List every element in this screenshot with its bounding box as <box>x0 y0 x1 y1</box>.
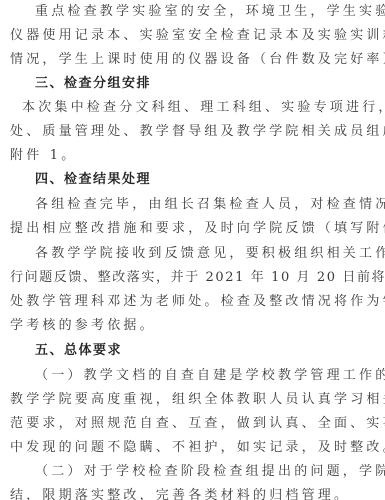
paragraph-line: 仪器使用记录本、实验室安全检查记录本及实验实训耗材购买和领用 <box>10 28 379 44</box>
section-heading-4: 四、检查结果处理 <box>35 172 379 188</box>
paragraph-line: 提出相应整改措施和要求，及时向学院反馈（填写附件 3）。 <box>10 221 379 237</box>
paragraph-line: 中发现的问题不隐瞒、不袒护，如实记录，及时整改。 <box>10 440 379 456</box>
paragraph-line: （一）教学文档的自查自建是学校教学管理工作的重要部分，各 <box>35 368 379 384</box>
paragraph-line: 处、质量管理处、教学督导组及教学学院相关成员组成，具体安排见 <box>10 124 379 140</box>
section-heading-3: 三、检查分组安排 <box>35 76 379 92</box>
paragraph-line: 各教学学院接收到反馈意见，要积极组织相关工作人员和教师进 <box>35 246 379 262</box>
paragraph-line: 附件 1。 <box>10 148 379 164</box>
paragraph-line: 各组检查完毕，由组长召集检查人员，对检查情况进行意见汇总， <box>35 197 379 213</box>
paragraph-line: 范要求，对照规范自查、互查，做到认真、全面、实事求是，对自查 <box>10 416 379 432</box>
section-heading-5: 五、总体要求 <box>35 343 379 359</box>
paragraph-line: 重点检查教学实验室的安全，环境卫生，学生实验记录本、常规 <box>35 4 379 20</box>
paragraph-line: 行问题反馈、整改落实，并于 2021 年 10 月 20 日前将整改报告交教务 <box>10 270 379 286</box>
document-page: 重点检查教学实验室的安全，环境卫生，学生实验记录本、常规 仪器使用记录本、实验室… <box>0 0 385 500</box>
paragraph-line: 学考核的参考依据。 <box>10 318 379 334</box>
paragraph-line: 处教学管理科邓述为老师处。检查及整改情况将作为学院年终各项教 <box>10 294 379 310</box>
paragraph-line: 结，限期落实整改，完善各类材料的归档管理。 <box>10 488 379 500</box>
paragraph-line: 情况，学生上课时使用的仪器设备（台件数及完好率）及耗材。 <box>10 52 379 68</box>
paragraph-line: 本次集中检查分文科组、理工科组、实验专项进行，检查组由教务 <box>22 100 379 116</box>
paragraph-line: （二）对于学校检查阶段检查组提出的问题，学院要认真梳理总 <box>35 464 379 480</box>
paragraph-line: 教学学院要高度重视，组织全体教职人员认真学习相关文件，掌握规 <box>10 392 379 408</box>
